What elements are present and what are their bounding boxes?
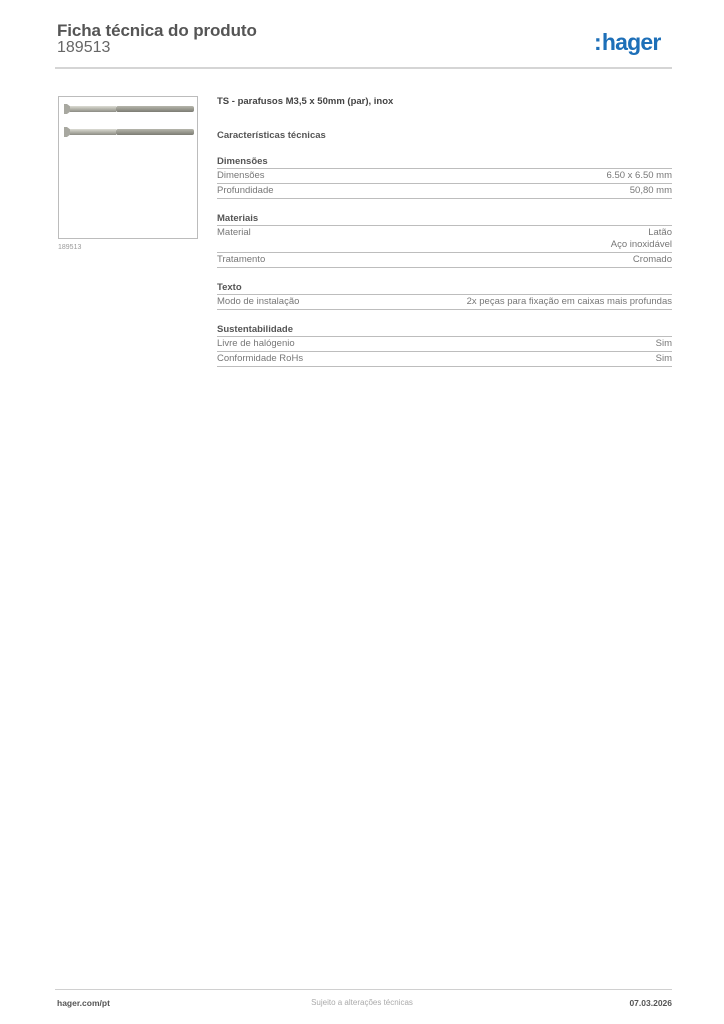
footer-disclaimer: Sujeito a alterações técnicas (0, 998, 724, 1007)
characteristics-heading: Características técnicas (217, 130, 672, 142)
spec-value-line: 6.50 x 6.50 mm (607, 170, 672, 182)
product-name: TS - parafusos M3,5 x 50mm (par), inox (217, 96, 672, 108)
spec-value: Cromado (633, 254, 672, 266)
datasheet-page: Ficha técnica do produto 189513 :hager (0, 0, 724, 1024)
screw-2 (64, 127, 194, 137)
section-title: Sustentabilidade (217, 324, 672, 337)
spec-row: Conformidade RoHsSim (217, 352, 672, 367)
spec-label: Tratamento (217, 254, 265, 266)
header-divider (55, 67, 672, 69)
product-image (58, 96, 198, 239)
spec-value-line: Aço inoxidável (611, 239, 672, 251)
spec-row: TratamentoCromado (217, 253, 672, 268)
screw-1 (64, 104, 194, 114)
spec-value: LatãoAço inoxidável (611, 227, 672, 251)
spec-row: Dimensões6.50 x 6.50 mm (217, 169, 672, 184)
footer-divider (55, 989, 672, 990)
spec-row: Profundidade50,80 mm (217, 184, 672, 199)
hager-logo: :hager (594, 29, 661, 55)
spec-label: Livre de halógenio (217, 338, 295, 350)
spec-value: Sim (656, 353, 672, 365)
spec-label: Material (217, 227, 251, 239)
spec-row: Modo de instalação2x peças para fixação … (217, 295, 672, 310)
logo-text: hager (602, 29, 661, 55)
spec-row: Livre de halógenioSim (217, 337, 672, 352)
spec-value: Sim (656, 338, 672, 350)
spec-content: TS - parafusos M3,5 x 50mm (par), inox C… (217, 96, 672, 367)
spec-row: MaterialLatãoAço inoxidável (217, 226, 672, 253)
section-title: Dimensões (217, 156, 672, 169)
spec-value: 50,80 mm (630, 185, 672, 197)
spec-label: Dimensões (217, 170, 265, 182)
product-number: 189513 (57, 39, 110, 57)
spec-value-line: Sim (656, 353, 672, 365)
footer-date: 07.03.2026 (629, 998, 672, 1008)
section-title: Materiais (217, 213, 672, 226)
spec-value-line: 50,80 mm (630, 185, 672, 197)
spec-label: Conformidade RoHs (217, 353, 303, 365)
spec-label: Profundidade (217, 185, 274, 197)
spec-value-line: 2x peças para fixação em caixas mais pro… (467, 296, 672, 308)
spec-label: Modo de instalação (217, 296, 299, 308)
spec-value-line: Sim (656, 338, 672, 350)
spec-value: 6.50 x 6.50 mm (607, 170, 672, 182)
spec-section: TextoModo de instalação2x peças para fix… (217, 282, 672, 310)
section-title: Texto (217, 282, 672, 295)
spec-value-line: Latão (611, 227, 672, 239)
image-caption: 189513 (58, 244, 81, 251)
spec-value-line: Cromado (633, 254, 672, 266)
spec-section: DimensõesDimensões6.50 x 6.50 mmProfundi… (217, 156, 672, 199)
spec-sections: DimensõesDimensões6.50 x 6.50 mmProfundi… (217, 156, 672, 367)
logo-colon: : (594, 29, 601, 55)
page-title: Ficha técnica do produto (57, 21, 257, 41)
spec-section: MateriaisMaterialLatãoAço inoxidávelTrat… (217, 213, 672, 268)
spec-section: SustentabilidadeLivre de halógenioSimCon… (217, 324, 672, 367)
screws-pair-image (61, 101, 197, 141)
spec-value: 2x peças para fixação em caixas mais pro… (467, 296, 672, 308)
